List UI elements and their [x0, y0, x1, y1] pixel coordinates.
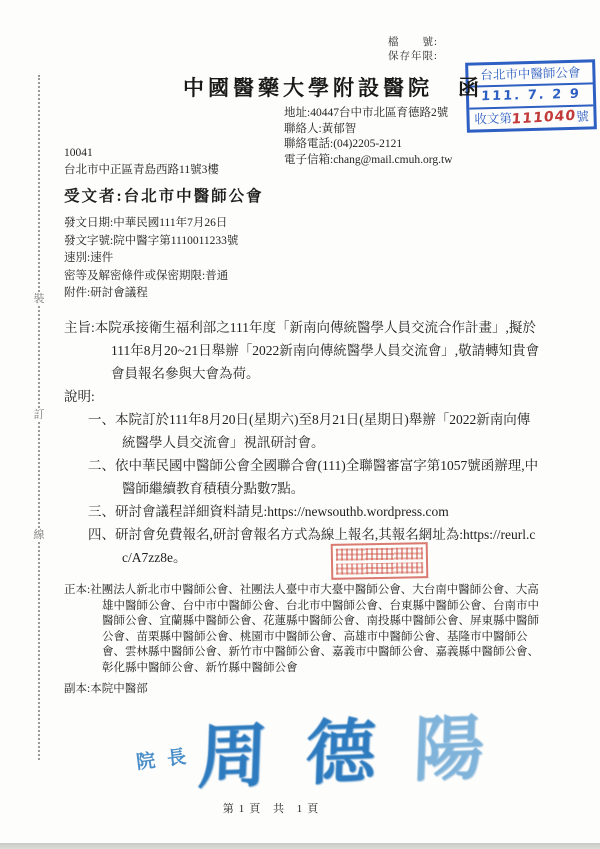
distribution-block: 正本:社團法人新北市中醫師公會、社團法人臺中市大臺中醫師公會、大台南中醫師公會、…: [64, 583, 550, 697]
item-2-label: 二、: [88, 458, 115, 473]
issue-number: 發文字號:院中醫字第1110011233號: [64, 233, 238, 251]
item-4-label: 四、: [88, 527, 115, 542]
recipient-address-block: 10041 台北市中正區青島西路11號3樓: [64, 145, 219, 178]
description-label: 說明:: [64, 385, 542, 408]
scanned-letter-page: 裝 訂 線 檔 號: 保存年限: 台北市中醫師公會 111. 7. 2 9 收文…: [0, 0, 600, 849]
red-registry-seal: [331, 542, 429, 580]
recipient-line: 受文者:台北市中醫師公會: [64, 184, 264, 206]
original-label: 正本:: [64, 584, 90, 596]
recipient-street-address: 台北市中正區青島西路11號3樓: [64, 162, 219, 179]
signature-title-director: 院長: [135, 740, 200, 774]
signature-char-3: 陽: [412, 709, 523, 790]
sender-contact-person: 聯絡人:黃郁智: [284, 122, 452, 138]
stamp-doc-prefix: 收文第: [474, 112, 512, 127]
signature-char-1: 周: [197, 717, 308, 798]
original-recipients: 正本:社團法人新北市中醫師公會、社團法人臺中市大臺中醫師公會、大台南中醫師公會、…: [64, 583, 550, 677]
sender-email: 電子信箱:chang@mail.cmuh.org.tw: [284, 153, 452, 169]
stamp-doc-suffix: 號: [576, 109, 589, 123]
item-1-label: 一、: [88, 412, 115, 427]
issue-date: 發文日期:中華民國111年7月26日: [64, 215, 238, 233]
stamp-doc-number-handwritten: 111040: [511, 108, 577, 128]
letter-body: 主旨:本院承接衛生福利部之111年度「新南向傳統醫學人員交流合作計畫」,擬於11…: [64, 316, 542, 569]
speed-class: 速別:速件: [64, 250, 238, 268]
subject-paragraph: 主旨:本院承接衛生福利部之111年度「新南向傳統醫學人員交流合作計畫」,擬於11…: [64, 316, 542, 385]
security-class: 密等及解密條件或保密期限:普通: [64, 268, 238, 286]
sender-phone: 聯絡電話:(04)2205-2121: [284, 137, 452, 153]
file-number-label: 檔 號:: [388, 36, 438, 50]
description-item-2: 二、依中華民國中醫師公會全國聯合會(111)全聯醫審富字第1057號函辦理,中醫…: [88, 454, 542, 500]
sender-contact-block: 地址:40447台中市北區育德路2號 聯絡人:黃郁智 聯絡電話:(04)2205…: [284, 106, 452, 168]
original-list: 社團法人新北市中醫師公會、社團法人臺中市大臺中醫師公會、大台南中醫師公會、大高雄…: [90, 584, 539, 674]
recipient-zip: 10041: [64, 145, 219, 162]
subject-text: 本院承接衛生福利部之111年度「新南向傳統醫學人員交流合作計畫」,擬於111年8…: [95, 320, 539, 381]
signature-name-calligraphy: 周德陽: [196, 690, 523, 802]
signature-char-2: 德: [304, 713, 415, 794]
file-number-labels: 檔 號: 保存年限:: [388, 36, 438, 64]
red-seal-pattern-bottom: [336, 562, 423, 575]
item-3-text: 研討會議程詳細資料請見:https://newsouthb.wordpress.…: [115, 504, 449, 519]
retention-period-label: 保存年限:: [388, 50, 438, 64]
item-3-label: 三、: [88, 504, 115, 519]
description-item-3: 三、研討會議程詳細資料請見:https://newsouthb.wordpres…: [88, 500, 542, 523]
description-item-1: 一、本院訂於111年8月20日(星期六)至8月21日(星期日)舉辦「2022新南…: [88, 408, 542, 454]
sender-address: 地址:40447台中市北區育德路2號: [284, 106, 452, 122]
stamp-doc-number-row: 收文第111040號: [469, 104, 594, 129]
binding-char-xian: 線: [31, 528, 47, 542]
binding-char-ding: 訂: [31, 408, 47, 422]
description-items: 一、本院訂於111年8月20日(星期六)至8月21日(星期日)舉辦「2022新南…: [88, 408, 542, 569]
item-1-text: 本院訂於111年8月20日(星期六)至8月21日(星期日)舉辦「2022新南向傳…: [115, 412, 530, 450]
binding-char-zhuang: 裝: [31, 292, 47, 306]
document-title: 中國醫藥大學附設醫院 函: [183, 72, 483, 102]
document-meta-block: 發文日期:中華民國111年7月26日 發文字號:院中醫字第1110011233號…: [64, 215, 238, 303]
copy-label: 副本:: [64, 683, 90, 695]
stamp-receive-date: 111. 7. 2 9: [469, 82, 594, 107]
scan-edge-artifact: [0, 843, 600, 849]
attachment-note: 附件:研討會議程: [64, 285, 238, 303]
item-2-text: 依中華民國中醫師公會全國聯合會(111)全聯醫審富字第1057號函辦理,中醫師繼…: [115, 458, 538, 496]
page-number-footer: 第1頁 共 1頁: [0, 800, 546, 816]
item-4-text: 研討會免費報名,研討會報名方式為線上報名,其報名網址為:https://reur…: [115, 527, 535, 565]
receive-date-stamp: 台北市中醫師公會 111. 7. 2 9 收文第111040號: [465, 59, 597, 132]
subject-label: 主旨:: [64, 320, 95, 335]
copy-list: 本院中醫部: [90, 683, 148, 695]
description-item-4: 四、研討會免費報名,研討會報名方式為線上報名,其報名網址為:https://re…: [88, 523, 542, 569]
red-seal-pattern-top: [336, 547, 423, 560]
